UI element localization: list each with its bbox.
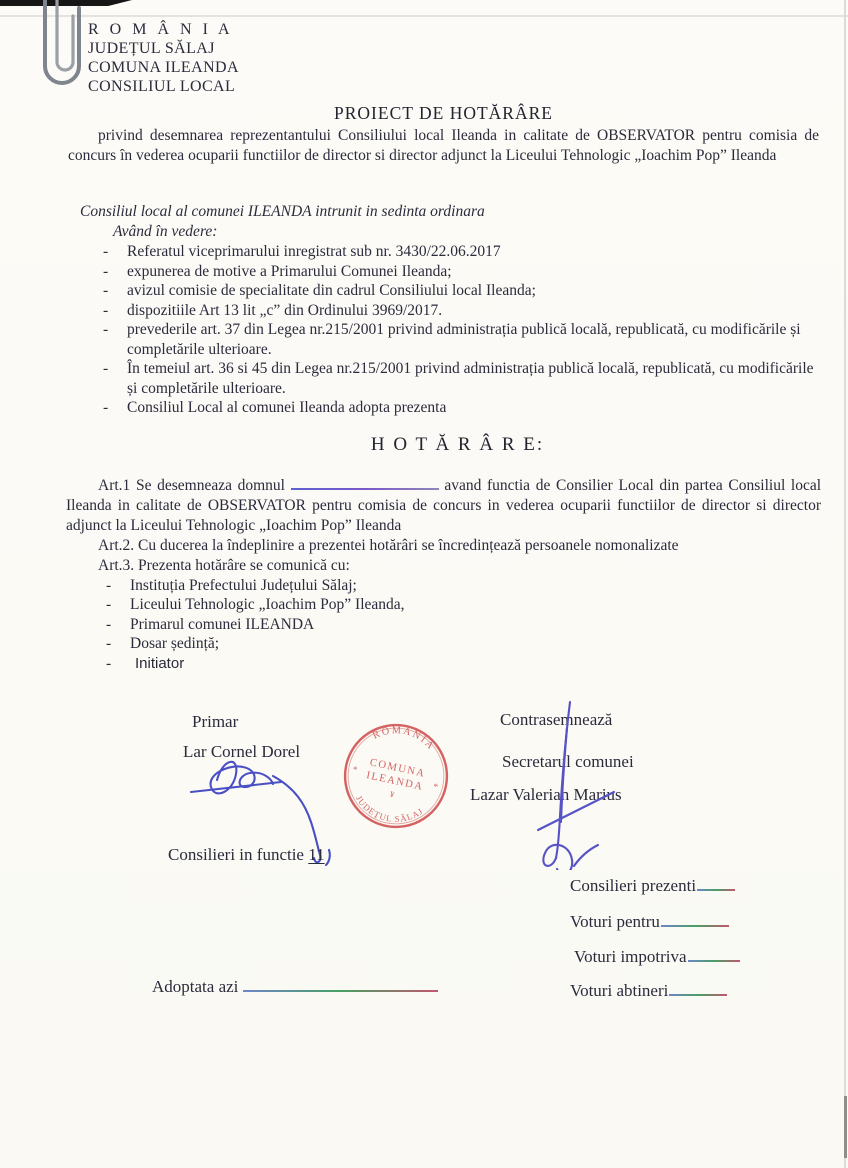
issuing-authority-block: R O M Â N I A JUDEȚUL SĂLAJ COMUNA ILEAN… [88, 20, 821, 96]
article-1: Art.1 Se desemneaza domnul avand functia… [66, 476, 821, 536]
list-dash: - [106, 595, 130, 615]
recipient-text: Dosar ședință; [130, 634, 817, 654]
consideration-item: - prevederile art. 37 din Legea nr.215/2… [103, 320, 817, 359]
authority-county: JUDEȚUL SĂLAJ [88, 39, 821, 58]
list-dash: - [106, 654, 130, 674]
recipient-text: Instituția Prefectului Județului Sălaj; [130, 576, 817, 596]
article-2: Art.2. Cu ducerea la îndeplinire a preze… [66, 536, 821, 556]
consideration-text: avizul comisie de specialitate din cadru… [127, 281, 817, 301]
document-body: R O M Â N I A JUDEȚUL SĂLAJ COMUNA ILEAN… [0, 0, 848, 673]
session-intro: Consiliul local al comunei ILEANDA intru… [80, 202, 821, 222]
having-regard-label: Având în vedere: [113, 222, 821, 242]
fill-in-blank [697, 877, 735, 891]
decision-heading: H O T Ă R Â R E: [80, 434, 835, 456]
consideration-item: - Consiliul Local al comunei Ileanda ado… [103, 398, 817, 418]
consideration-text: prevederile art. 37 din Legea nr.215/200… [127, 320, 817, 359]
list-dash: - [103, 359, 127, 398]
considerations-list: - Referatul viceprimarului inregistrat s… [103, 242, 817, 418]
recipient-item: - Instituția Prefectului Județului Sălaj… [106, 576, 817, 596]
article-1-before-blank: Art.1 Se desemneaza domnul [98, 477, 285, 494]
recipient-item: - Primarul comunei ILEANDA [106, 615, 817, 635]
councillors-in-office-label: Consilieri in functie [168, 845, 304, 864]
stamp-star-left: * [352, 764, 359, 775]
consideration-text: În temeiul art. 36 si 45 din Legea nr.21… [127, 359, 817, 398]
initiator-row: - Initiator [106, 654, 817, 674]
authority-commune: COMUNA ILEANDA [88, 58, 821, 77]
list-dash: - [103, 242, 127, 262]
abstentions-label: Voturi abtineri [570, 981, 668, 1000]
list-dash: - [106, 576, 130, 596]
mayor-role-label: Primar [192, 712, 238, 732]
votes-for-label: Voturi pentru [570, 912, 660, 931]
abstentions-line: Voturi abtineri [570, 981, 727, 1001]
list-dash: - [106, 634, 130, 654]
articles-section: Art.1 Se desemneaza domnul avand functia… [66, 476, 821, 674]
councillors-present-line: Consilieri prezenti [570, 876, 735, 896]
adopted-date-label: Adoptata azi [152, 977, 238, 996]
preamble-section: Consiliul local al comunei ILEANDA intru… [66, 202, 821, 418]
councillors-present-label: Consilieri prezenti [570, 876, 696, 895]
recipient-text: Primarul comunei ILEANDA [130, 615, 817, 635]
consideration-item: - În temeiul art. 36 si 45 din Legea nr.… [103, 359, 817, 398]
secretary-signature-ink [518, 698, 628, 870]
adopted-date-line: Adoptata azi [152, 977, 438, 997]
consideration-text: dispozitiile Art 13 lit „c” din Ordinulu… [127, 301, 817, 321]
consideration-text: Referatul viceprimarului inregistrat sub… [127, 242, 817, 262]
document-subtitle: privind desemnarea reprezentantului Cons… [68, 126, 819, 166]
initiator-label: Initiator [130, 654, 817, 674]
consideration-item: - dispozitiile Art 13 lit „c” din Ordinu… [103, 301, 817, 321]
councillors-in-office-value: 11 [308, 845, 324, 864]
name-fill-in-blank [291, 476, 439, 489]
authority-council: CONSILIUL LOCAL [88, 77, 821, 96]
adopted-date-blank [243, 978, 438, 992]
votes-against-label: Voturi impotriva [574, 947, 687, 966]
document-title: PROIECT DE HOTĂRÂRE [66, 103, 821, 124]
recipient-item: - Liceului Tehnologic „Ioachim Pop” Ilea… [106, 595, 817, 615]
recipient-text: Liceului Tehnologic „Ioachim Pop” Ileand… [130, 595, 817, 615]
recipients-list: - Instituția Prefectului Județului Sălaj… [106, 576, 817, 654]
consideration-item: - Referatul viceprimarului inregistrat s… [103, 242, 817, 262]
stamp-emblem: ¥ [389, 790, 396, 800]
consideration-item: - avizul comisie de specialitate din cad… [103, 281, 817, 301]
scanned-document-page: R O M Â N I A JUDEȚUL SĂLAJ COMUNA ILEAN… [0, 0, 848, 1168]
votes-for-line: Voturi pentru [570, 912, 729, 932]
consideration-text: expunerea de motive a Primarului Comunei… [127, 262, 817, 282]
authority-country: R O M Â N I A [88, 20, 821, 39]
list-dash: - [106, 615, 130, 635]
fill-in-blank [661, 913, 729, 927]
recipient-item: - Dosar ședință; [106, 634, 817, 654]
list-dash: - [103, 281, 127, 301]
votes-against-line: Voturi impotriva [574, 947, 740, 967]
fill-in-blank [688, 948, 740, 962]
list-dash: - [103, 262, 127, 282]
consideration-text: Consiliul Local al comunei Ileanda adopt… [127, 398, 817, 418]
official-round-stamp: ROMÂNIA JUDEȚUL SĂLAJ COMUNA ILEANDA ¥ *… [340, 720, 452, 832]
list-dash: - [103, 320, 127, 359]
councillors-in-office-line: Consilieri in functie 11 [168, 845, 325, 865]
consideration-item: - expunerea de motive a Primarului Comun… [103, 262, 817, 282]
fill-in-blank [669, 982, 727, 996]
article-3: Art.3. Prezenta hotărâre se comunică cu: [66, 556, 821, 576]
list-dash: - [103, 301, 127, 321]
list-dash: - [103, 398, 127, 418]
scan-right-edge-mark [844, 1096, 847, 1158]
stamp-star-right: * [432, 781, 439, 792]
